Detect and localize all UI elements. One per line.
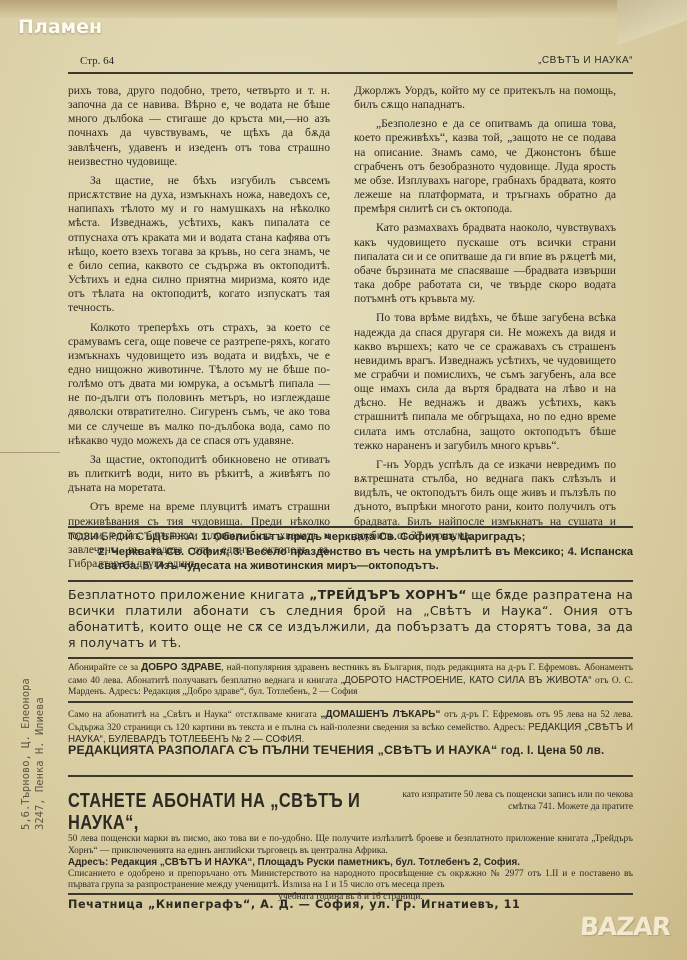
article-left-column: рихъ това, друго подобно, трето, четвърт… xyxy=(68,84,330,571)
supplement-book-title: „ТРЕЙДЪРЪ ХОРНЪ“ xyxy=(309,587,466,602)
issue-contents: ТОЗИ БРОЙ СЪДЪРЖА: 1. Обелискътъ предъ ч… xyxy=(68,530,633,574)
owner-stamp: 5,6.Търново, Ц. Елеонора 3247, Пенка Н. … xyxy=(18,660,58,830)
header-rule xyxy=(68,72,633,74)
printer-imprint: Печатница „Книпеграфъ“, А. Д. — София, у… xyxy=(68,898,633,911)
ad-dobro-zdrave: Абонирайте се за ДОБРО ЗДРАВЕ, най-попул… xyxy=(68,662,633,699)
ad-book-title: „ДОБРОТО НАСТРОЕНИЕ, КАТО СИЛА ВЪ ЖИВОТА… xyxy=(341,675,592,686)
ad-domashen-lekar: Само на абонатитѣ на „Свѣтъ и Наука“ отс… xyxy=(68,709,633,747)
paper-top-edge xyxy=(0,0,687,18)
editorial-rule xyxy=(68,775,633,777)
paragraph: Джорлжъ Уордъ, който му се притекълъ на … xyxy=(354,84,616,112)
paragraph: По това врѣме видѣхъ, че бѣше загубена в… xyxy=(354,311,616,453)
editorial-notice: РЕДАКЦИЯТА РАЗПОЛАГА СЪ ПЪЛНИ ТЕЧЕНИЯ „С… xyxy=(68,743,633,757)
subscribe-headline: СТАНЕТЕ АБОНАТИ НА „СВѢТЪ И НАУКА“, xyxy=(68,790,363,834)
paragraph: рихъ това, друго подобно, трето, четвърт… xyxy=(68,84,330,169)
contents-lead: ТОЗИ БРОЙ СЪДЪРЖА: xyxy=(68,531,198,543)
subscription-ad: СТАНЕТЕ АБОНАТИ НА „СВѢТЪ И НАУКА“, като… xyxy=(68,790,633,904)
ad-text: Само на абонатитѣ на „Свѣтъ и Наука“ отс… xyxy=(68,710,320,720)
supplement-rule xyxy=(68,657,633,659)
page-number: Стр. 64 xyxy=(80,55,114,67)
free-supplement-notice: Безплатното приложение книгата „ТРЕЙДЪРЪ… xyxy=(68,587,633,651)
stamp-line: 5,6.Търново, Ц. Елеонора xyxy=(20,678,32,830)
supplement-text: Безплатното приложение книгата xyxy=(68,587,309,602)
subscribe-address: Адресъ: Редакция „СВѢТЪ И НАУКА“, Площад… xyxy=(68,857,633,869)
article-right-column: Джорлжъ Уордъ, който му се притекълъ на … xyxy=(354,84,616,543)
paragraph: Колкото треперѣхъ отъ страхъ, за което с… xyxy=(68,321,330,448)
subscribe-approval: Списанието е одобрено и препоръчано отъ … xyxy=(68,869,633,892)
ad-rule xyxy=(68,701,633,703)
paragraph: Като размахвахъ брадвата наоколо, чувств… xyxy=(354,221,616,306)
editorial-text: РЕДАКЦИЯТА РАЗПОЛАГА СЪ ПЪЛНИ ТЕЧЕНИЯ „С… xyxy=(68,743,497,757)
paragraph: „Безполезно е да се опитвамъ да опиша то… xyxy=(354,117,616,216)
contents-rule xyxy=(68,580,633,582)
magazine-page: Пламен Стр. 64 „СВѢТЪ И НАУКА“ рихъ това… xyxy=(0,0,687,960)
torn-corner xyxy=(617,0,687,50)
subscribe-body: 50 лева пощенски марки въ писмо, ако тов… xyxy=(68,834,633,857)
editorial-price: год. I. Цена 50 лв. xyxy=(497,745,604,757)
ad-book-title: „ДОМАШЕНЪ ЛѢКАРЬ“ xyxy=(320,709,440,720)
stamp-line: 3247, Пенка Н. Илиева xyxy=(34,697,46,830)
article-end-rule xyxy=(68,526,633,528)
printer-rule xyxy=(68,893,633,895)
paragraph: За щастие, не бѣхъ изгубилъ съвсемъ прис… xyxy=(68,174,330,316)
magazine-title: „СВѢТЪ И НАУКА“ xyxy=(538,55,633,66)
contents-item: 1. Обелискътъ предъ черквата Св. София в… xyxy=(201,531,525,543)
contents-item: 2. Черквата Св. София; 3. Весело празден… xyxy=(68,545,633,574)
bazar-watermark-logo: BAZAR xyxy=(579,912,671,941)
ad-newspaper-name: ДОБРО ЗДРАВЕ xyxy=(141,662,221,673)
uploader-watermark: Пламен xyxy=(18,16,102,38)
ad-text: Абонирайте се за xyxy=(68,663,141,673)
paragraph: За щастие, октоподитѣ обикновено не отив… xyxy=(68,453,330,495)
paper-crease xyxy=(0,452,60,453)
